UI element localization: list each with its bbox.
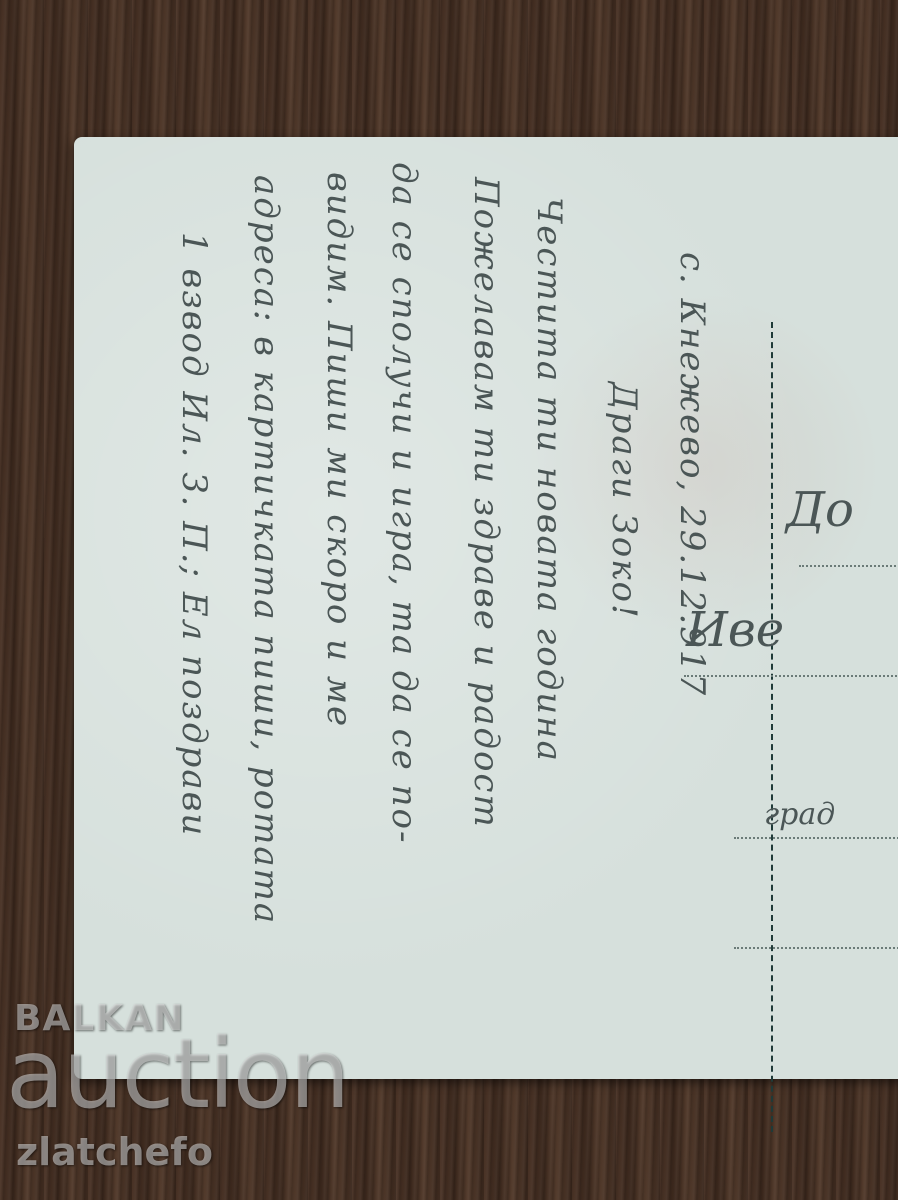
address-dotted-line <box>734 837 898 839</box>
postcard: с. Кнежево, 29.12.917 Драги Зоко! Честит… <box>74 137 898 1079</box>
address-line-1: До <box>786 482 854 538</box>
watermark-seller: zlatchefo <box>16 1130 213 1174</box>
address-line-2: Иве <box>686 602 784 658</box>
address-dotted-line <box>734 947 898 949</box>
address-dotted-line <box>684 675 898 677</box>
postcard-divider-line <box>771 322 773 1132</box>
message-line: адреса: в картичката пиши, ротата <box>246 175 286 925</box>
address-line-3: град <box>764 797 835 832</box>
message-line: да се сполучи и игра, та да се по- <box>384 162 424 844</box>
message-line: Пожелавам ти здраве и радост <box>466 177 506 829</box>
message-line: Честита ти новата година <box>529 197 569 763</box>
address-dotted-line <box>799 565 898 567</box>
message-line: 1 взвод Ил. З. П.; Ел поздрави <box>174 232 214 837</box>
greeting: Драги Зоко! <box>604 382 644 620</box>
watermark-auction: auction <box>6 1018 348 1130</box>
message-line: видим. Пиши ми скоро и ме <box>319 172 359 728</box>
